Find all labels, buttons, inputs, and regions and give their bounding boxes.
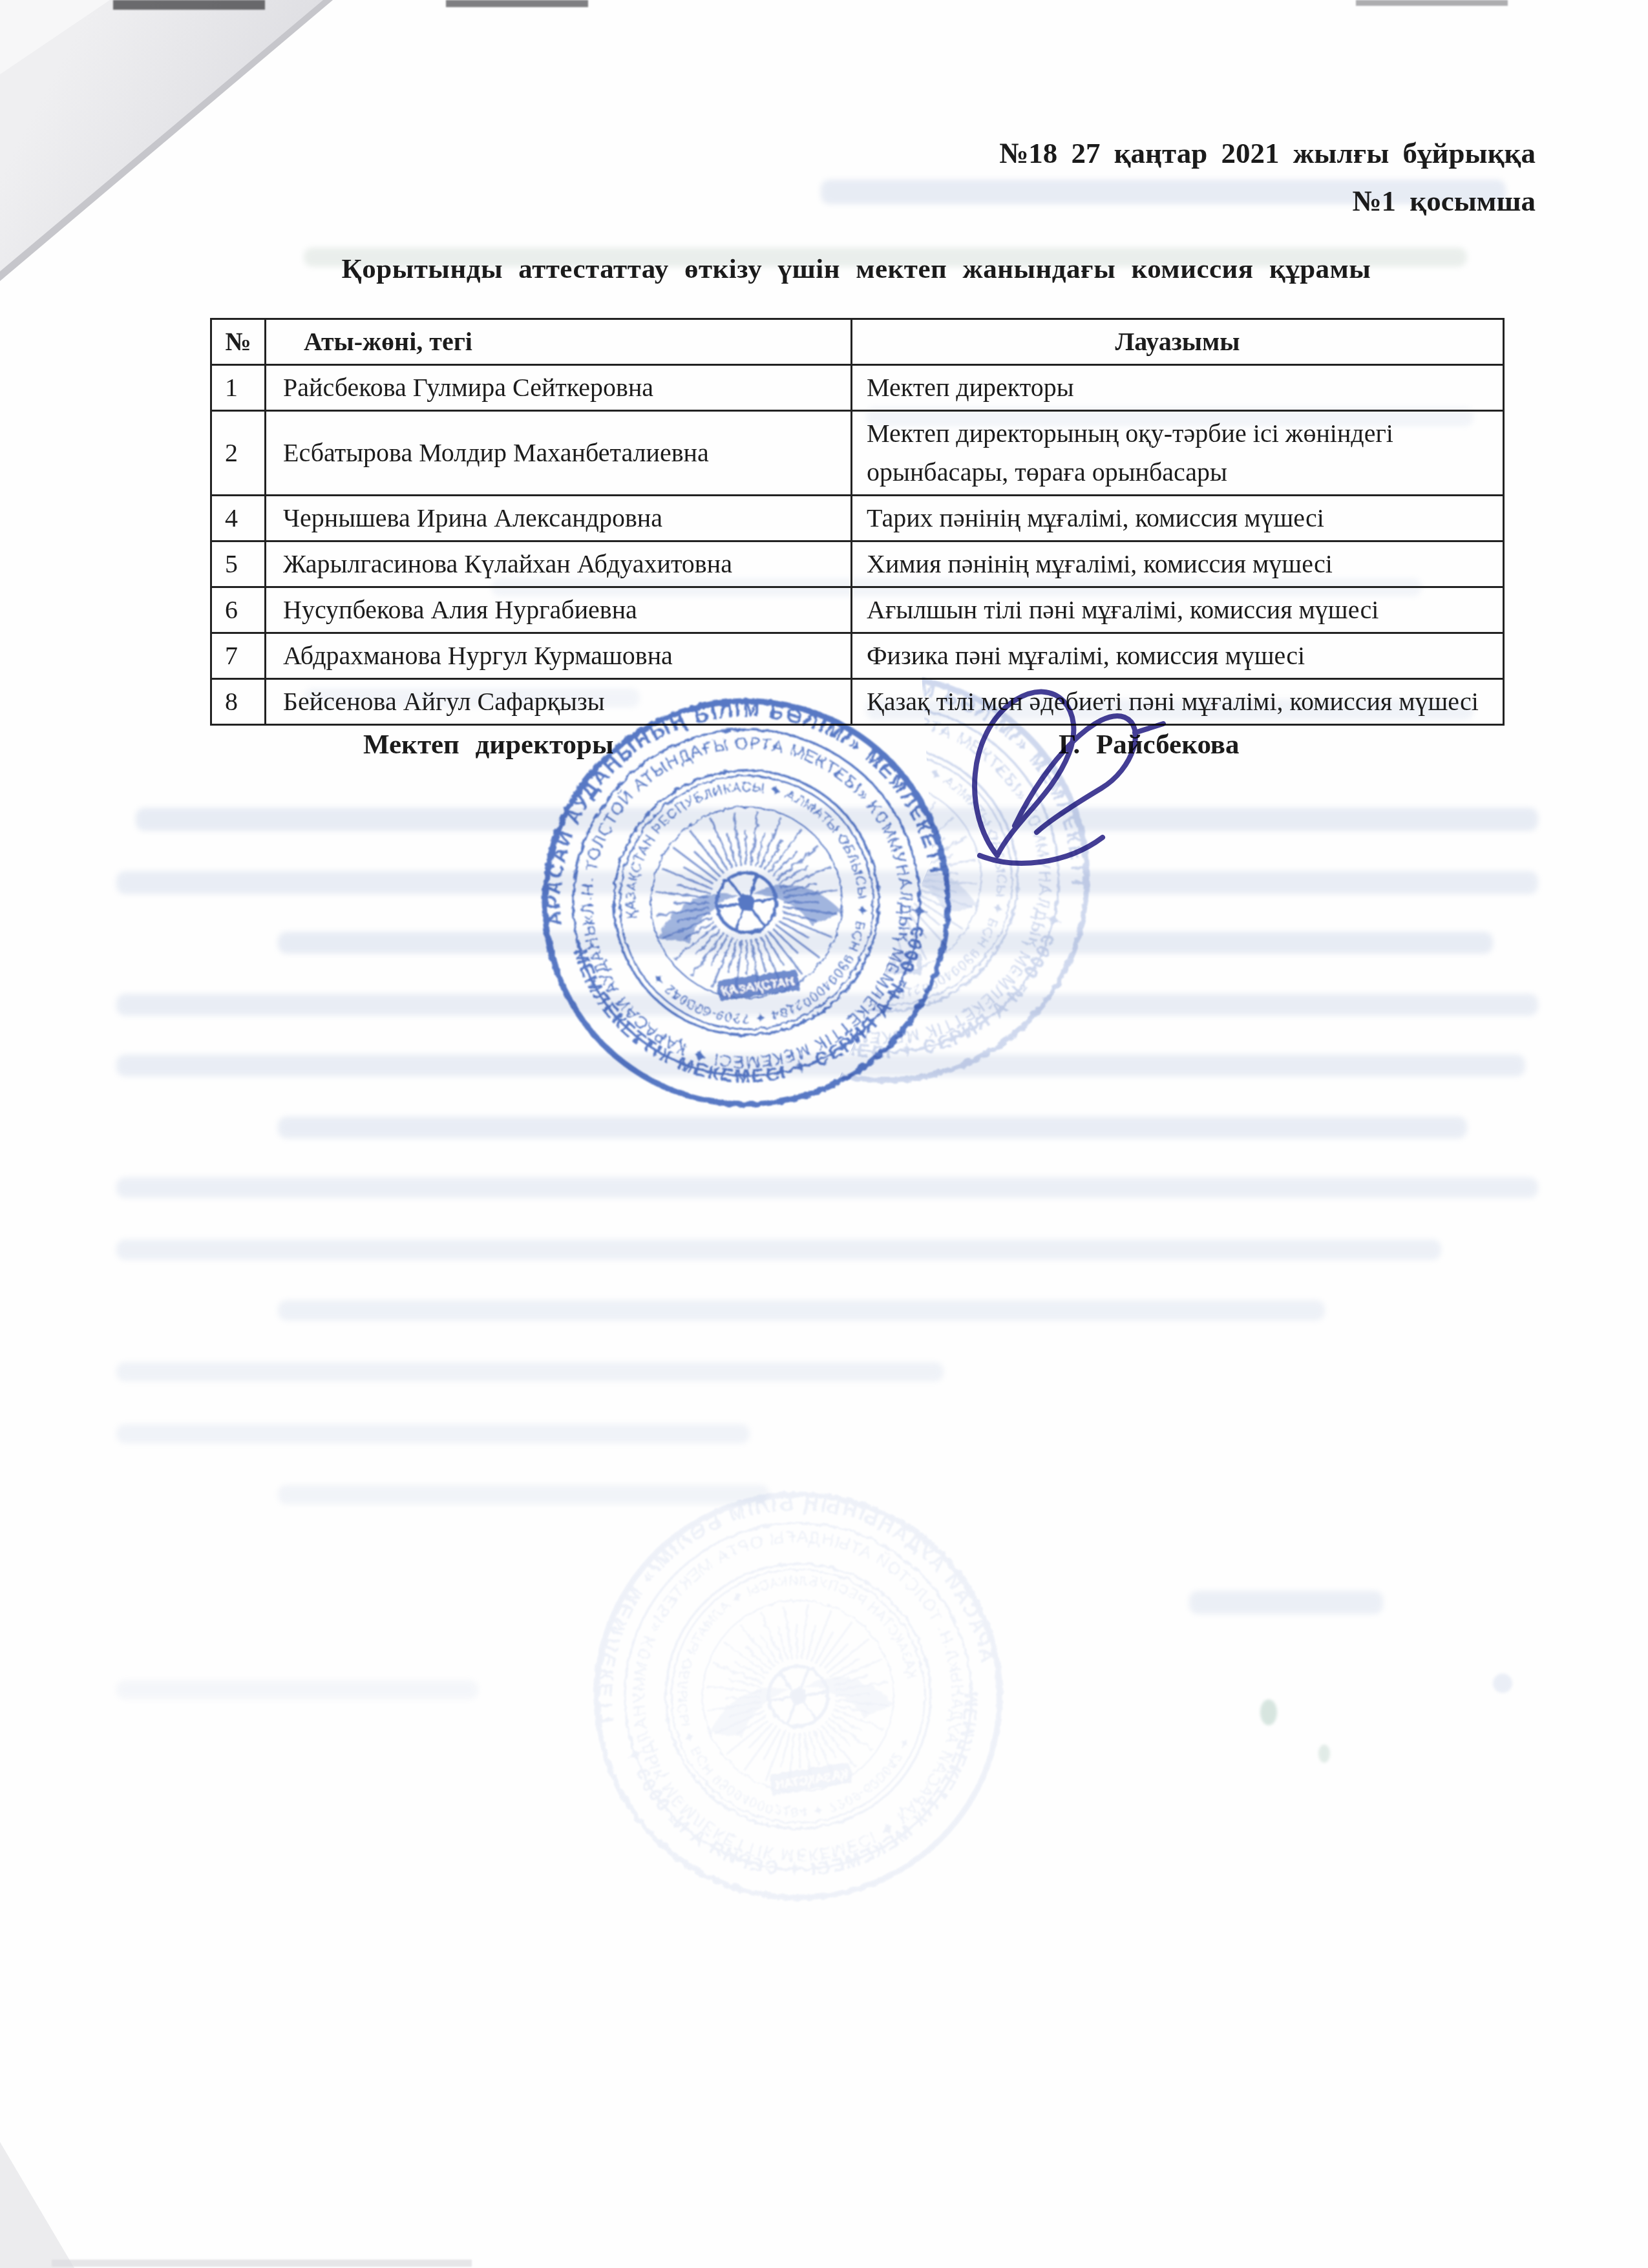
bleed-through-line <box>278 1117 1467 1139</box>
coat-of-arms-emblem: ҚАЗАҚСТАН <box>692 1591 905 1803</box>
row-number: 6 <box>211 587 266 633</box>
stamp-graphic: «ҚАРАСАЙ АУДАНЫНЫҢ БІЛІМ БӨЛІМІ» МЕМЛЕКЕ… <box>536 1434 1061 1958</box>
member-position: Мектеп директоры <box>852 365 1504 411</box>
bleed-through-line <box>116 1424 750 1444</box>
member-name: Чернышева Ирина Александровна <box>266 496 852 541</box>
order-reference-line1: №18 27 қаңтар 2021 жылғы бұйрыққа <box>999 129 1536 177</box>
member-name: Есбатырова Молдир Маханбеталиевна <box>266 411 852 496</box>
document-title: Қорытынды аттестаттау өткізу үшін мектеп… <box>210 253 1503 285</box>
column-header-position: Лауазымы <box>852 319 1504 365</box>
commission-table-row: 2Есбатырова Молдир МаханбеталиевнаМектеп… <box>211 411 1504 496</box>
order-reference: №18 27 қаңтар 2021 жылғы бұйрыққа №1 қос… <box>999 129 1536 225</box>
row-number: 1 <box>211 365 266 411</box>
bleed-through-line <box>116 1177 1538 1198</box>
scan-speck <box>1260 1699 1277 1725</box>
scan-edge-mark <box>446 0 588 7</box>
member-name: Райсбекова Гулмира Сейткеровна <box>266 365 852 411</box>
commission-table-row: 4Чернышева Ирина АлександровнаТарих пәні… <box>211 496 1504 541</box>
scanned-document-page: №18 27 қаңтар 2021 жылғы бұйрыққа №1 қос… <box>0 0 1648 2268</box>
emblem-right-wing <box>704 1685 797 1742</box>
member-position: Ағылшын тілі пәні мұғалімі, комиссия мүш… <box>852 587 1504 633</box>
emblem-left-wing <box>652 890 745 947</box>
stamp-bleed-ghost: «ҚАРАСАЙ АУДАНЫНЫҢ БІЛІМ БӨЛІМІ» МЕМЛЕКЕ… <box>536 1434 1061 1958</box>
member-position: Тарих пәнінің мұғалімі, комиссия мүшесі <box>852 496 1504 541</box>
commission-table-row: 6Нусупбекова Алия НургабиевнаАғылшын тіл… <box>211 587 1504 633</box>
member-position: Химия пәнінің мұғалімі, комиссия мүшесі <box>852 541 1504 587</box>
bleed-through-line <box>1189 1591 1383 1614</box>
member-position: Мектеп директорының оқу-тәрбие ісі жөнін… <box>852 411 1504 496</box>
row-number: 7 <box>211 633 266 679</box>
scan-edge-mark <box>113 0 265 10</box>
coat-of-arms-emblem: ҚАЗАҚСТАН <box>641 799 852 1009</box>
row-number: 8 <box>211 679 266 725</box>
column-header-number: № <box>211 319 266 365</box>
row-number: 4 <box>211 496 266 541</box>
member-name: Жарылгасинова Күлайхан Абдуахитовна <box>266 541 852 587</box>
bleed-through-line <box>278 1300 1325 1321</box>
scan-edge-mark <box>1356 0 1508 6</box>
scan-bottom-edge <box>52 2260 472 2267</box>
scan-speck <box>1493 1674 1512 1693</box>
row-number: 2 <box>211 411 266 496</box>
member-name: Нусупбекова Алия Нургабиевна <box>266 587 852 633</box>
bleed-through-line <box>116 1239 1441 1260</box>
table-header-row: № Аты-жөні, тегі Лауазымы <box>211 319 1504 365</box>
scan-speck <box>1318 1745 1330 1763</box>
handwritten-signature <box>916 663 1220 883</box>
commission-table-row: 5Жарылгасинова Күлайхан АбдуахитовнаХими… <box>211 541 1504 587</box>
commission-table-row: 1Райсбекова Гулмира СейткеровнаМектеп ди… <box>211 365 1504 411</box>
row-number: 5 <box>211 541 266 587</box>
order-reference-line2: №1 қосымша <box>999 177 1536 225</box>
bleed-through-line <box>116 1362 944 1381</box>
column-header-name: Аты-жөні, тегі <box>266 319 852 365</box>
bleed-through-line <box>116 1680 478 1699</box>
